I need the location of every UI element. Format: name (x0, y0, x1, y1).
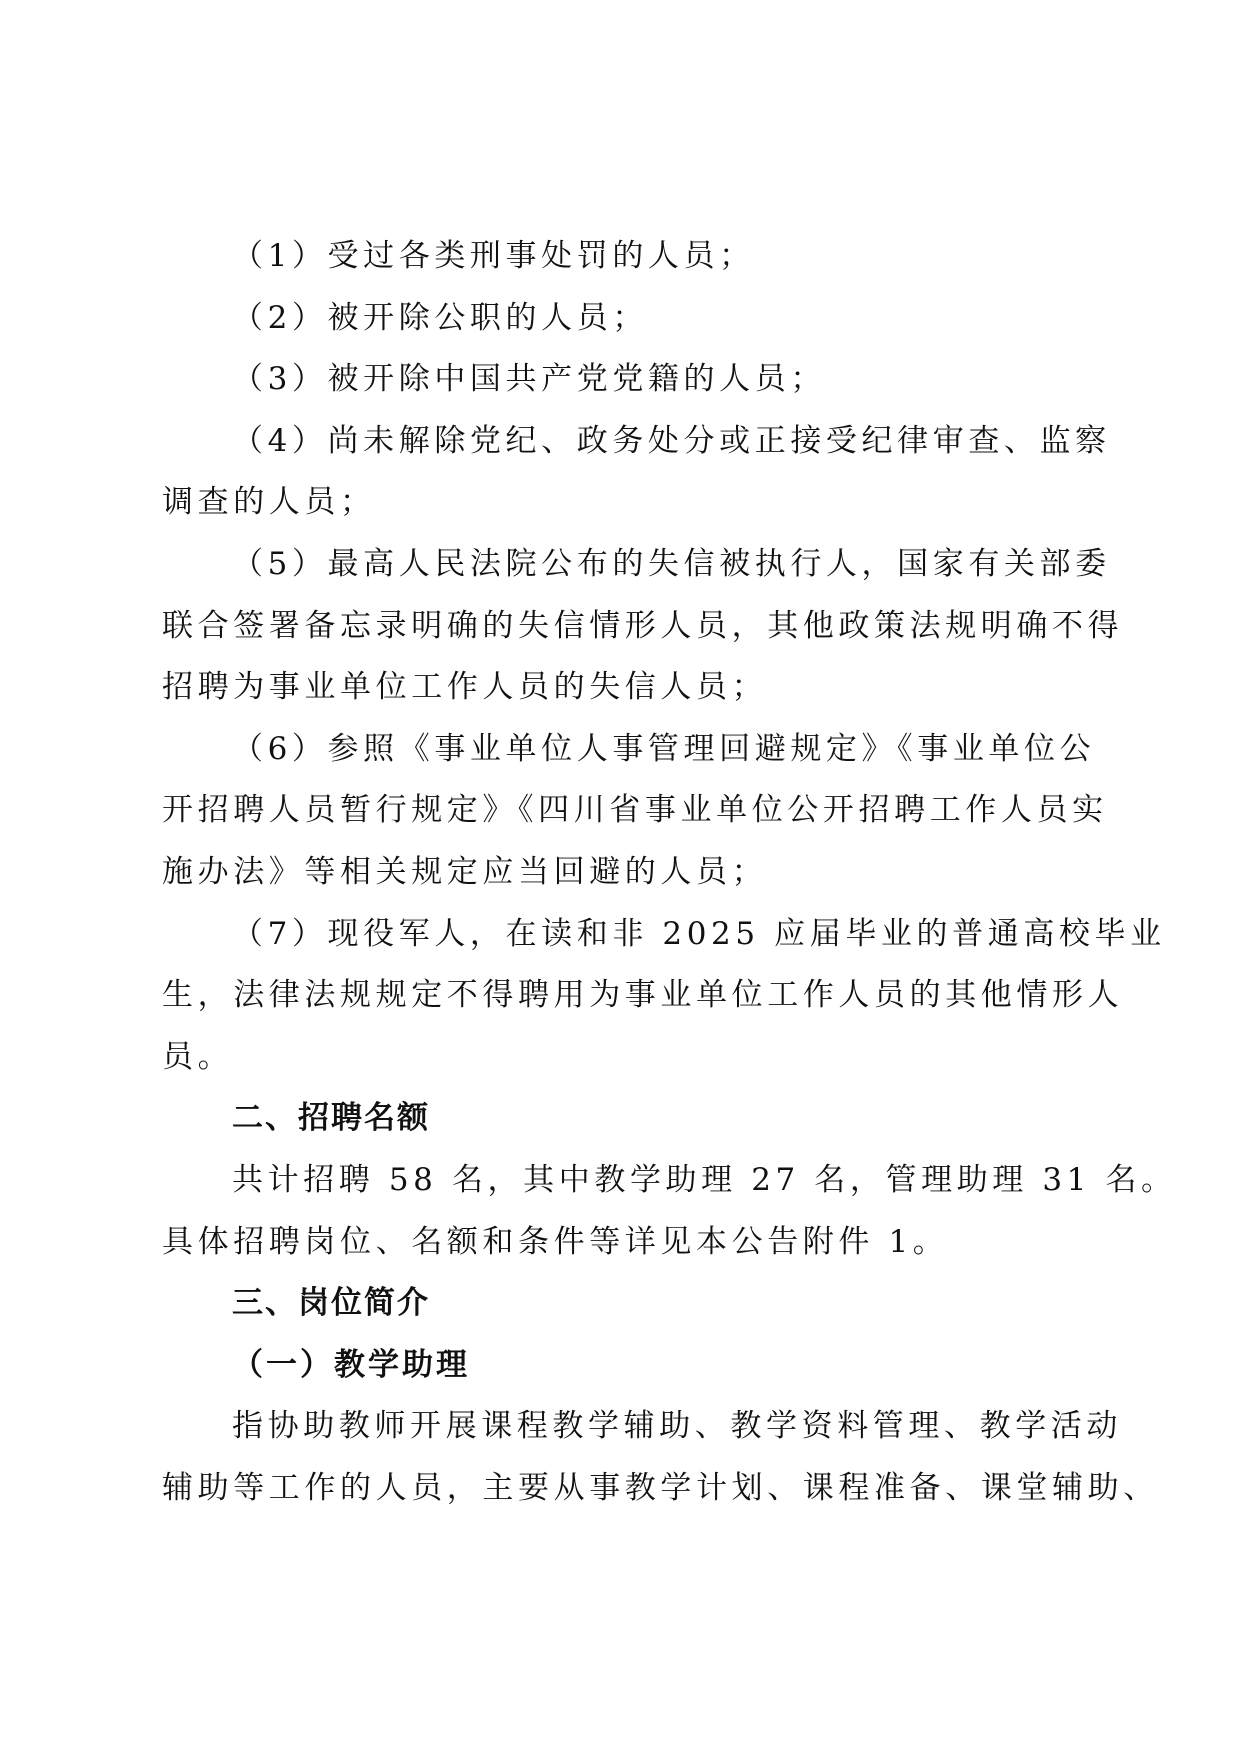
subheading-teaching-assistant: （一）教学助理 (162, 1335, 1072, 1397)
condition-item-6-line-1: （6）参照《事业单位人事管理回避规定》《事业单位公 (162, 719, 1072, 781)
section-heading-quota: 二、招聘名额 (162, 1088, 1072, 1150)
section-heading-positions: 三、岗位简介 (162, 1273, 1072, 1335)
condition-item-4-line-2: 调查的人员； (162, 472, 1072, 534)
condition-item-6-line-3: 施办法》等相关规定应当回避的人员； (162, 842, 1072, 904)
condition-item-6-line-2: 开招聘人员暂行规定》《四川省事业单位公开招聘工作人员实 (162, 780, 1072, 842)
quota-paragraph-line-2: 具体招聘岗位、名额和条件等详见本公告附件 1。 (162, 1212, 1072, 1274)
condition-item-7-line-2: 生，法律法规规定不得聘用为事业单位工作人员的其他情形人 (162, 965, 1072, 1027)
condition-item-3: （3）被开除中国共产党党籍的人员； (162, 349, 1072, 411)
condition-item-2: （2）被开除公职的人员； (162, 288, 1072, 350)
teaching-assistant-paragraph-line-1: 指协助教师开展课程教学辅助、教学资料管理、教学活动 (162, 1396, 1072, 1458)
condition-item-5-line-2: 联合签署备忘录明确的失信情形人员，其他政策法规明确不得 (162, 596, 1072, 658)
document-page: （1）受过各类刑事处罚的人员； （2）被开除公职的人员； （3）被开除中国共产党… (162, 226, 1072, 1519)
condition-item-7-line-1: （7）现役军人，在读和非 2025 应届毕业的普通高校毕业 (162, 904, 1072, 966)
condition-item-5-line-1: （5）最高人民法院公布的失信被执行人，国家有关部委 (162, 534, 1072, 596)
condition-item-5-line-3: 招聘为事业单位工作人员的失信人员； (162, 657, 1072, 719)
teaching-assistant-paragraph-line-2: 辅助等工作的人员，主要从事教学计划、课程准备、课堂辅助、 (162, 1458, 1072, 1520)
condition-item-4-line-1: （4）尚未解除党纪、政务处分或正接受纪律审查、监察 (162, 411, 1072, 473)
condition-item-7-line-3: 员。 (162, 1027, 1072, 1089)
quota-paragraph-line-1: 共计招聘 58 名，其中教学助理 27 名，管理助理 31 名。 (162, 1150, 1072, 1212)
condition-item-1: （1）受过各类刑事处罚的人员； (162, 226, 1072, 288)
